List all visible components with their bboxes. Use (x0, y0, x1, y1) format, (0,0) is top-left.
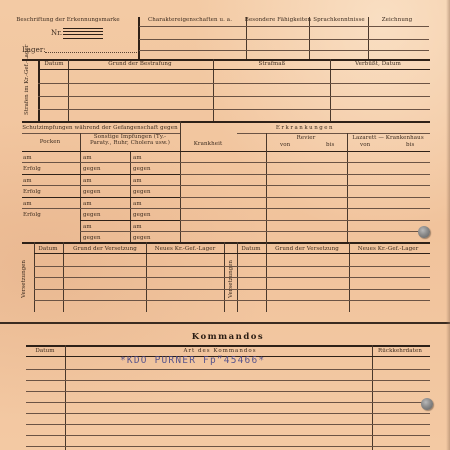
rule (34, 266, 430, 267)
rule (80, 220, 180, 221)
rule (38, 96, 430, 97)
col-sprachkenntnisse: Sprachkenntnisse (313, 17, 365, 23)
impfungen-title: Schutzimpfungen während der Gefangenscha… (22, 125, 178, 131)
lazarett-von: von (360, 142, 370, 148)
header-divider (138, 17, 140, 59)
pocken-am: am (23, 178, 32, 184)
revier-von: von (280, 142, 290, 148)
rule (180, 197, 430, 198)
col-divider (309, 17, 310, 59)
erkrankungen-col-revier: Revier (297, 135, 316, 141)
impfungen-col-pocken: Pocken (40, 139, 61, 145)
rule (34, 253, 430, 254)
sonstige-gegen: gegen (83, 189, 101, 195)
versetzungen-left-col-lager: Neues Kr.-Gef.-Lager (155, 246, 216, 252)
kommandos-col-art: Art des Kommandos (183, 348, 256, 354)
strafen-side-label: Strafen im Kr.-Gef.-Lager (24, 59, 30, 115)
punch-hole-icon (418, 226, 430, 238)
kommandos-col-rueckkehr: Rückkehrdaten (378, 348, 422, 354)
col-divider (266, 133, 267, 242)
pocken-erfolg: Erfolg (23, 166, 41, 172)
col-divider (368, 17, 369, 59)
erkrankungen-col-krankheit: Krankheit (194, 141, 223, 147)
rule (139, 39, 429, 40)
pocken-erfolg: Erfolg (23, 189, 41, 195)
col-divider (347, 133, 348, 242)
rule (139, 50, 429, 51)
col-charaktereigenschaften: Charaktereigenschaften u. a. (148, 17, 232, 23)
section-rule (22, 242, 430, 244)
lager-field (45, 52, 137, 53)
rule (38, 69, 430, 70)
sonstige-am: am (83, 224, 92, 230)
rule (80, 231, 180, 232)
section-divider (180, 121, 181, 242)
sonstige-am: am (133, 178, 142, 184)
rule (38, 109, 430, 110)
rule (34, 277, 430, 278)
section-rule (22, 121, 430, 123)
nr-label: Nr. (51, 30, 62, 36)
sonstige-gegen: gegen (83, 212, 101, 218)
sonstige-am: am (83, 201, 92, 207)
record-card: Beschriftung der Erkennungsmarke Nr. Lag… (0, 0, 450, 450)
erkrankungen-title: Erkrankungen (276, 125, 334, 131)
sonstige-am: am (83, 178, 92, 184)
sonstige-gegen: gegen (133, 166, 151, 172)
strafen-col-grund: Grund der Bestrafung (108, 61, 171, 67)
rule (22, 162, 180, 163)
rule (26, 402, 430, 403)
rule (180, 220, 430, 221)
lazarett-bis: bis (406, 142, 414, 148)
pocken-am: am (23, 201, 32, 207)
sonstige-am: am (133, 155, 142, 161)
rule (180, 174, 430, 175)
section-rule (26, 345, 430, 347)
versetzungen-left-col-datum: Datum (38, 246, 57, 252)
pocken-am: am (23, 155, 32, 161)
strafen-col-verbuesst: Verbüßt, Datum (355, 61, 401, 67)
rule (26, 413, 430, 414)
kommandos-title: Kommandos (192, 332, 264, 342)
rule (34, 289, 430, 290)
sonstige-gegen: gegen (133, 189, 151, 195)
col-zeichnung: Zeichnung (382, 17, 413, 23)
rule (22, 185, 180, 186)
rule (22, 208, 180, 209)
col-divider (80, 133, 81, 242)
rule (26, 391, 430, 392)
rule (22, 197, 180, 198)
sonstige-gegen: gegen (133, 212, 151, 218)
rule (22, 174, 180, 175)
sonstige-am: am (133, 201, 142, 207)
rule (38, 83, 430, 84)
col-faehigkeiten: Besondere Fähigkeiten (245, 17, 311, 23)
versetzungen-right-col-lager: Neues Kr.-Gef.-Lager (358, 246, 419, 252)
punch-hole-icon (421, 398, 433, 410)
rule (139, 26, 429, 27)
rule (180, 162, 430, 163)
sonstige-am: am (133, 224, 142, 230)
card-edge-shadow (446, 0, 450, 450)
nr-field-lines (63, 28, 103, 39)
sonstige-gegen: gegen (83, 235, 101, 241)
rule (26, 435, 430, 436)
rule (34, 300, 430, 301)
rule (180, 231, 430, 232)
strafen-col-strafmass: Strafmaß (259, 61, 286, 67)
versetzungen-side-label-left: Versetzungen (21, 259, 27, 299)
rule (22, 151, 430, 152)
revier-bis: bis (326, 142, 334, 148)
rule (180, 185, 430, 186)
impfungen-col-sonstige: Sonstige Impfungen (Ty.-Paraty., Ruhr, C… (85, 134, 175, 146)
rule (180, 208, 430, 209)
rule (26, 380, 430, 381)
kommandos-col-datum: Datum (35, 348, 54, 354)
versetzungen-left-col-grund: Grund der Versetzung (73, 246, 137, 252)
pocken-erfolg: Erfolg (23, 212, 41, 218)
versetzungen-right-col-grund: Grund der Versetzung (275, 246, 339, 252)
kommando-stamp-text: *KDO PÜRNER Fp”45466* (120, 355, 265, 366)
erkennungsmarke-label: Beschriftung der Erkennungsmarke (16, 17, 120, 23)
strafen-col-datum: Datum (44, 61, 63, 67)
erkrankungen-col-lazarett: Lazarett — Krankenhaus (352, 135, 423, 141)
versetzungen-right-col-datum: Datum (241, 246, 260, 252)
versetzungen-side-label-right: Versetzungen (228, 259, 234, 299)
sonstige-am: am (83, 155, 92, 161)
sonstige-gegen: gegen (133, 235, 151, 241)
rule (26, 446, 430, 447)
rule (26, 424, 430, 425)
col-divider (246, 17, 247, 59)
rule (26, 369, 430, 370)
sonstige-gegen: gegen (83, 166, 101, 172)
fold-line (0, 322, 450, 324)
